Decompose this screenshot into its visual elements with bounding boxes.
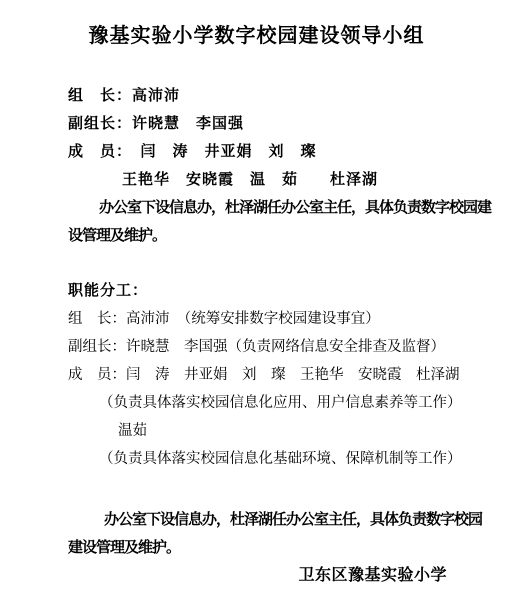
closing-note-paragraph: 办公室下设信息办，杜泽湖任办公室主任，具体负责数字校园 建设管理及维护。	[68, 506, 513, 562]
office-note-line-1: 办公室下设信息办，杜泽湖任办公室主任，具体负责数字校园建	[68, 194, 513, 222]
duties-deputy-line: 副组长：许晓慧 李国强（负责网络信息安全排查及监督）	[68, 333, 513, 361]
document-title: 豫基实验小学数字校园建设领导小组	[0, 0, 513, 50]
duties-section-heading: 职能分工：	[68, 277, 513, 305]
office-note-line-2: 设管理及维护。	[68, 222, 513, 250]
school-signature: 卫东区豫基实验小学	[68, 562, 513, 590]
duties-members-line: 成 员：闫 涛 井亚娟 刘 璨 王艳华 安晓霞 杜泽湖	[68, 361, 513, 389]
duties-leader-line: 组 长：高沛沛 （统筹安排数字校园建设事宜）	[68, 305, 513, 333]
closing-note-line-1: 办公室下设信息办，杜泽湖任办公室主任，具体负责数字校园	[68, 506, 513, 534]
duties-extra-member-line: 温茹	[68, 417, 513, 445]
office-note-paragraph: 办公室下设信息办，杜泽湖任办公室主任，具体负责数字校园建 设管理及维护。	[68, 194, 513, 250]
duties-extra-member-note-line: （负责具体落实校园信息化基础环境、保障机制等工作）	[68, 445, 513, 473]
document-page: 豫基实验小学数字校园建设领导小组 组 长：高沛沛 副组长：许晓慧 李国强 成 员…	[0, 0, 513, 598]
duties-members-note-line: （负责具体落实校园信息化应用、用户信息素养等工作）	[68, 389, 513, 417]
closing-note-line-2: 建设管理及维护。	[68, 534, 513, 562]
roster-members-line-2: 王艳华 安晓霞 温 茹 杜泽湖	[68, 166, 513, 194]
roster-leader-line: 组 长：高沛沛	[68, 82, 513, 110]
roster-members-line-1: 成 员： 闫 涛 井亚娟 刘 璨	[68, 138, 513, 166]
duties-section: 组 长：高沛沛 （统筹安排数字校园建设事宜） 副组长：许晓慧 李国强（负责网络信…	[68, 305, 513, 473]
leadership-roster-section: 组 长：高沛沛 副组长：许晓慧 李国强 成 员： 闫 涛 井亚娟 刘 璨 王艳华…	[68, 82, 513, 194]
roster-deputy-line: 副组长：许晓慧 李国强	[68, 110, 513, 138]
